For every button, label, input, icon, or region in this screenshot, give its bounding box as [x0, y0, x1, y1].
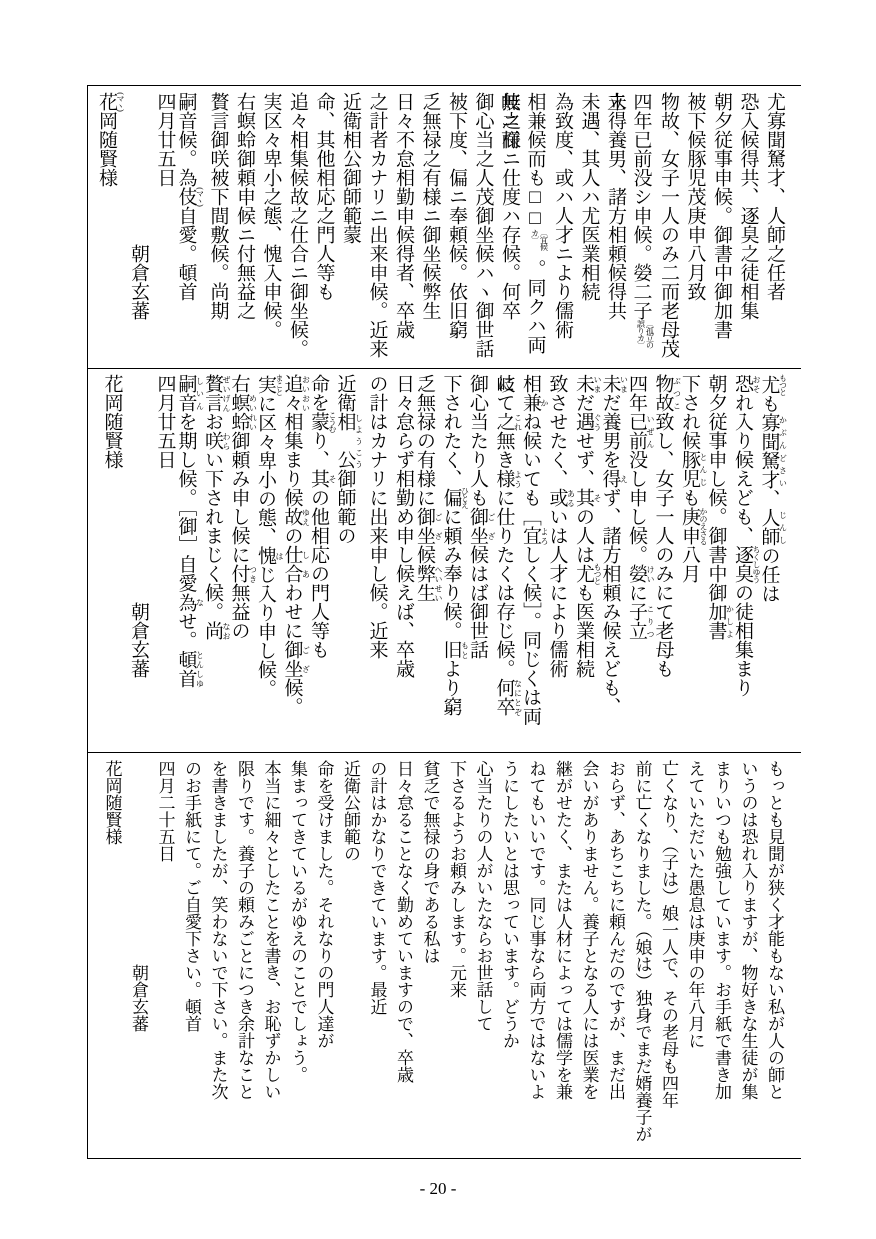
text-column: 四月二十五日 — [151, 760, 178, 1154]
text-column: の計はカナリに出来申し候。近来 — [363, 374, 390, 742]
text-column: 近衛相公御師範蒙 — [337, 92, 364, 368]
ruby-annotated-text: 仕合しあ — [282, 545, 303, 583]
text-column: いうのは恐れ入りますが、物好きな生徒が集 — [734, 760, 761, 1154]
text-column: 貧乏で無禄の身である私は — [416, 760, 443, 1154]
text-column: 継がせたく、または人材によっては儒学を兼 — [549, 760, 576, 1154]
text-column: 前に亡くなりました。（娘は）独身でまだ婿養子が — [628, 760, 655, 1154]
ruby-annotated-text: 尤もつと — [759, 374, 780, 394]
text-column: 命を受けました。それなりの門人達が — [310, 760, 337, 1154]
ruby-annotated-text: 旧もと — [441, 640, 462, 659]
text-column: の計はかなりできています。最近 — [363, 760, 390, 1154]
text-column: 被下候豚児茂庚申八月致 — [681, 92, 708, 368]
ruby-annotated-text: 逐臭ちくしゆう — [732, 545, 753, 583]
ruby-annotated-text: 蒙こうむ — [308, 412, 329, 431]
editorial-note: 〔宜候カ〕 — [531, 229, 549, 259]
ruby-annotated-text: 恐おそ — [732, 374, 753, 393]
text-column: 御心当之人茂御坐候ハヽ御世話 — [469, 92, 496, 368]
ruby-annotated-text: 愧は — [255, 546, 276, 565]
text-column: 本当に細々としたことを書き、お恥ずかしい — [257, 760, 284, 1154]
ruby-annotated-text: 遇ぐう — [573, 412, 594, 431]
text-column: 朝倉玄蕃 — [125, 92, 152, 368]
ruby-annotated-text: 嗣音しいん — [176, 374, 197, 412]
ruby-annotated-text: 未いま — [573, 374, 594, 393]
text-column: 為致度、或ハ人才ニより儒術 — [549, 92, 576, 368]
text-column: 恐入候得共、逐臭之徒相集 — [734, 92, 761, 368]
ruby-annotated-text: 或ある — [547, 488, 568, 507]
text-column: 追々相集候故之仕合ニ御坐候。 — [284, 92, 311, 368]
ruby-annotated-text: 花(マヽ) — [96, 92, 117, 111]
ruby-annotated-text: 其そ — [573, 488, 594, 507]
text-column: うにしたいとは思っています。どうか — [496, 760, 523, 1154]
text-column: 未得養男、諸方相頼候得共 — [602, 92, 629, 368]
text-column: 朝倉玄蕃 — [125, 760, 152, 1154]
text-column: 花岡随賢様 — [98, 374, 125, 742]
ruby-annotated-text: 尤もつと — [573, 564, 594, 583]
text-column: 朝倉玄蕃 — [125, 374, 152, 742]
text-column: 尤寡聞駑才、人師之任者 — [761, 92, 788, 368]
frame-line-top — [87, 85, 801, 86]
text-column: 物故、女子一人のみ二而老母茂 — [655, 92, 682, 368]
frame-line-divider-2 — [87, 752, 801, 753]
text-column: 亡くなり、（子は）娘一人で、その老母も四年 — [655, 760, 682, 1154]
text-column: 右螟蛉御頼申候ニ付無益之 — [231, 92, 258, 368]
ruby-annotated-text: 其そ — [308, 469, 329, 488]
text-column: を書きましたが、笑わないで下さい。また次 — [204, 760, 231, 1154]
ruby-annotated-text: 尚なお — [202, 621, 223, 640]
text-column: 相兼候而も□□〔宜候カ〕。同クハ両岐ニ而 — [522, 92, 549, 368]
text-column: えていただいた愚息は庚申の年八月に — [681, 760, 708, 1154]
ruby-annotated-text: 何卒なにとぞ — [494, 678, 515, 716]
ruby-annotated-text: 螟蛉めいれい — [229, 393, 250, 431]
letter-kakikudashi-furigana: 尤もつとも寡聞駑才かぶんどさい、人師じんしの任は恐おそれ入り候えども、逐臭ちくし… — [95, 374, 787, 742]
text-column: 朝夕従事申候。御書中御加書 — [708, 92, 735, 368]
text-column: のお手紙にて。ご自愛下さい。頓首 — [178, 760, 205, 1154]
letter-modern-translation: もっとも見聞が狭く才能もない私が人の師というのは恐れ入りますが、物好きな生徒が集… — [95, 760, 787, 1154]
text-column: 近衛相 公しようこう御師範の — [337, 374, 364, 742]
ruby-annotated-text: 為な — [176, 593, 197, 612]
text-column: まりいつも勉強しています。お手紙で書き加 — [708, 760, 735, 1154]
text-column: 尤もつとも寡聞駑才かぶんどさい、人師じんしの任は — [761, 374, 788, 742]
ruby-annotated-text: 加書かしよ — [706, 602, 727, 640]
ruby-annotated-text: 贅言ぜいげん — [202, 374, 223, 412]
text-column: 之計者カナリニ出来申候。近来 — [363, 92, 390, 368]
text-column: 花岡随賢様 — [98, 760, 125, 1154]
ruby-annotated-text: 未いま — [600, 374, 621, 393]
frame-line-left — [87, 85, 88, 1159]
editorial-note: 〔孤立の誤りカ〕 — [637, 320, 655, 350]
ruby-annotated-text: 相 公しようこう — [335, 412, 356, 469]
text-column: 命、其他相応之門人等も — [310, 92, 337, 368]
text-column: 実区々卑小之態、愧入申候。 — [257, 92, 284, 368]
text-column: 日々怠らず相勤め申し候えば、卒歳 — [390, 374, 417, 742]
frame-line-bottom — [87, 1158, 801, 1159]
text-column: 贅言御咲被下間敷候。尚期 — [204, 92, 231, 368]
ruby-annotated-text: 之これ — [494, 412, 515, 431]
text-column: 限りです。養子の頼みごとにつき余計なこと — [231, 760, 258, 1154]
ruby-annotated-text: 宜よろ — [520, 526, 541, 545]
ruby-annotated-text: 豚児とんじ — [679, 450, 700, 488]
ruby-annotated-text: 頓首とんしゆ — [176, 650, 197, 688]
text-column: 四年已前没シ申候。嫈二子〔孤立の誤りカ〕立 — [628, 92, 655, 368]
ruby-annotated-text: 嫈けい — [626, 564, 647, 583]
text-column: 嗣音候。為伎(マヽ)自愛。頓首 — [178, 92, 205, 368]
text-column: 集まってきているがゆえのことでしょう。 — [284, 760, 311, 1154]
text-column: 下さるようお頼みします。元来 — [443, 760, 470, 1154]
text-column: 会いがありません。養子となる人には医業を — [575, 760, 602, 1154]
text-column: 被下度、偏ニ奉頼候。依旧窮 — [443, 92, 470, 368]
ruby-annotated-text: 伎(マヽ) — [176, 187, 197, 206]
page-number: - 20 - — [0, 1179, 876, 1199]
ruby-annotated-text: 子立こりつ — [626, 602, 647, 640]
text-column: おらず、あちこちに頼んだのですが、まだ出 — [602, 760, 629, 1154]
text-column: もっとも見聞が狭く才能もない私が人の師と — [761, 760, 788, 1154]
ruby-annotated-text: 御坐ござ — [282, 640, 303, 678]
ruby-annotated-text: 付つき — [229, 564, 250, 583]
text-column: 未遇、其人ハ尤医業相続 — [575, 92, 602, 368]
ruby-annotated-text: 庚申かのえさる — [679, 507, 700, 545]
ruby-annotated-text: 御坐ござ — [414, 507, 435, 545]
ruby-annotated-text: 偏ひとえ — [441, 488, 462, 507]
letter-kanbun-original: 尤寡聞駑才、人師之任者恐入候得共、逐臭之徒相集朝夕従事申候。御書中御加書被下候豚… — [95, 92, 787, 368]
ruby-annotated-text: 寡聞駑才かぶんどさい — [759, 413, 780, 489]
text-column: 日々不怠相勤申候得者、卒歳 — [390, 92, 417, 368]
text-column: 乏無禄之有様ニ御坐候弊生 — [416, 92, 443, 368]
ruby-annotated-text: 弊生へいせい — [414, 564, 435, 602]
ruby-annotated-text: 咲わら — [202, 431, 223, 450]
text-column: ねてもいいです。同じ事なら両方ではないよ — [522, 760, 549, 1154]
ruby-annotated-text: 様よう — [494, 469, 515, 488]
text-column: 心当たりの人がいたならお世話して — [469, 760, 496, 1154]
text-column: 近衛公師範の — [337, 760, 364, 1154]
ruby-annotated-text: 追々おいおい — [282, 374, 303, 412]
frame-line-divider-1 — [87, 368, 801, 369]
ruby-annotated-text: 物故ぶつこ — [653, 374, 674, 412]
ruby-annotated-text: 得え — [600, 469, 621, 488]
text-column: 命を蒙こうむり、其その他相応の門人等も — [310, 374, 337, 742]
ruby-annotated-text: 兼か — [520, 393, 541, 412]
text-column: 花(マヽ)岡随賢様 — [98, 92, 125, 368]
ruby-annotated-text: 実まこと — [255, 374, 276, 394]
ruby-annotated-text: 人師じんし — [759, 508, 780, 546]
ruby-annotated-text: 御坐ござ — [467, 507, 488, 545]
ruby-annotated-text: 已前いぜん — [626, 412, 647, 450]
text-column: 無之様ニ仕度ハ存候。何卒 — [496, 92, 523, 368]
ruby-annotated-text: 故ゆえ — [282, 507, 303, 526]
text-column: 日々怠ることなく勤めていますので、卒歳 — [390, 760, 417, 1154]
